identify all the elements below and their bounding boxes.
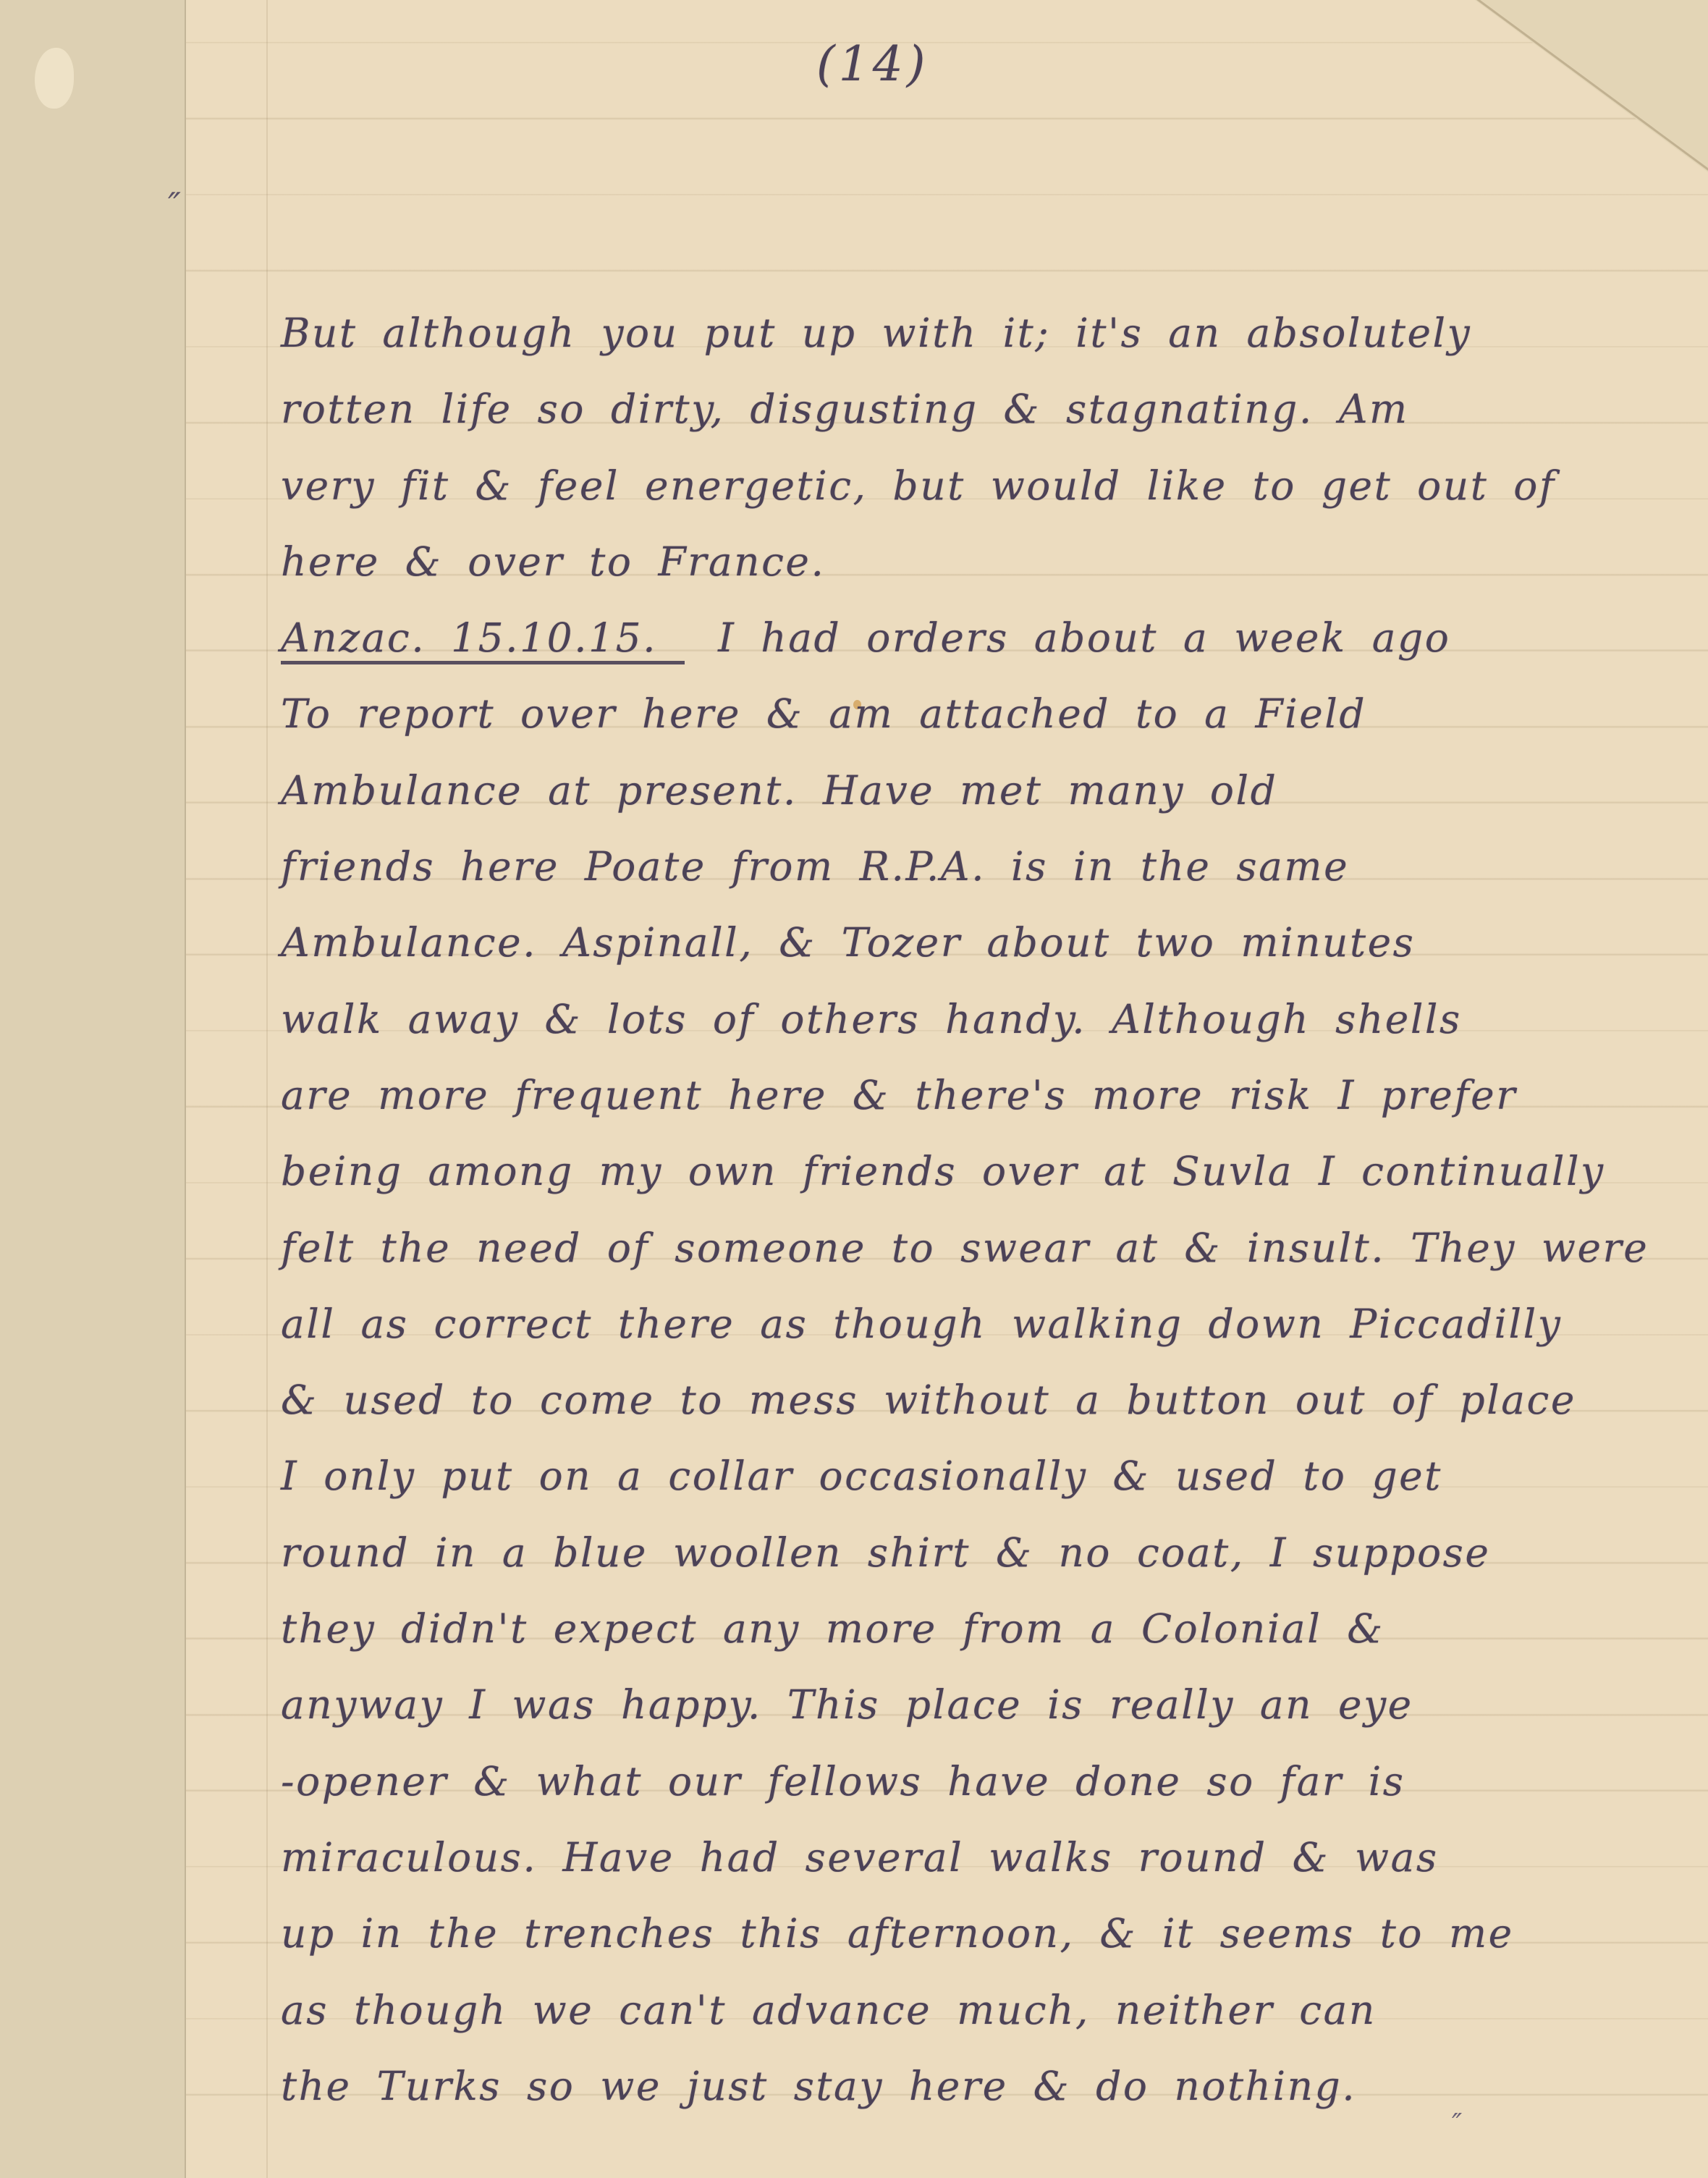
letter-line: are more frequent here & there's more ri… bbox=[281, 1058, 1663, 1134]
letter-line: as though we can't advance much, neither… bbox=[281, 1972, 1663, 2048]
letter-line: & used to come to mess without a button … bbox=[281, 1362, 1663, 1438]
letter-line: they didn't expect any more from a Colon… bbox=[281, 1591, 1663, 1667]
margin-mark-bottom: ″ bbox=[1452, 2108, 1462, 2140]
letter-line: I only put on a collar occasionally & us… bbox=[281, 1438, 1663, 1514]
letter-line: rotten life so dirty, disgusting & stagn… bbox=[281, 371, 1663, 447]
letter-body: But although you put up with it; it's an… bbox=[281, 295, 1663, 2124]
letter-line: miraculous. Have had several walks round… bbox=[281, 1820, 1663, 1896]
letter-line: up in the trenches this afternoon, & it … bbox=[281, 1896, 1663, 1972]
letter-line: round in a blue woollen shirt & no coat,… bbox=[281, 1515, 1663, 1591]
letter-line: Ambulance at present. Have met many old bbox=[281, 753, 1663, 829]
letter-line: felt the need of someone to swear at & i… bbox=[281, 1210, 1663, 1286]
letter-line: anyway I was happy. This place is really… bbox=[281, 1667, 1663, 1743]
letter-line: all as correct there as though walking d… bbox=[281, 1286, 1663, 1362]
letter-line: But although you put up with it; it's an… bbox=[281, 295, 1663, 371]
letter-line: friends here Poate from R.P.A. is in the… bbox=[281, 829, 1663, 905]
vertical-crease bbox=[266, 0, 268, 2178]
paper-chip bbox=[35, 48, 74, 109]
letter-line: being among my own friends over at Suvla… bbox=[281, 1134, 1663, 1210]
letter-line: Ambulance. Aspinall, & Tozer about two m… bbox=[281, 905, 1663, 981]
letter-line: very fit & feel energetic, but would lik… bbox=[281, 448, 1663, 524]
page-left-edge bbox=[0, 0, 186, 2178]
folded-corner-top-right bbox=[1475, 0, 1708, 172]
scanned-letter-page: (14) ″ But although you put up with it; … bbox=[0, 0, 1708, 2178]
entry-date-heading: Anzac. 15.10.15. bbox=[281, 615, 685, 664]
letter-line: walk away & lots of others handy. Althou… bbox=[281, 982, 1663, 1058]
page-number: (14) bbox=[816, 36, 929, 92]
letter-line: -opener & what our fellows have done so … bbox=[281, 1744, 1663, 1820]
letter-line: here & over to France. bbox=[281, 524, 1663, 600]
entry-first-line: Anzac. 15.10.15.I had orders about a wee… bbox=[281, 600, 1663, 676]
margin-mark-top: ″ bbox=[168, 185, 181, 226]
letter-line: I had orders about a week ago bbox=[718, 615, 1450, 661]
letter-line: To report over here & am attached to a F… bbox=[281, 676, 1663, 752]
